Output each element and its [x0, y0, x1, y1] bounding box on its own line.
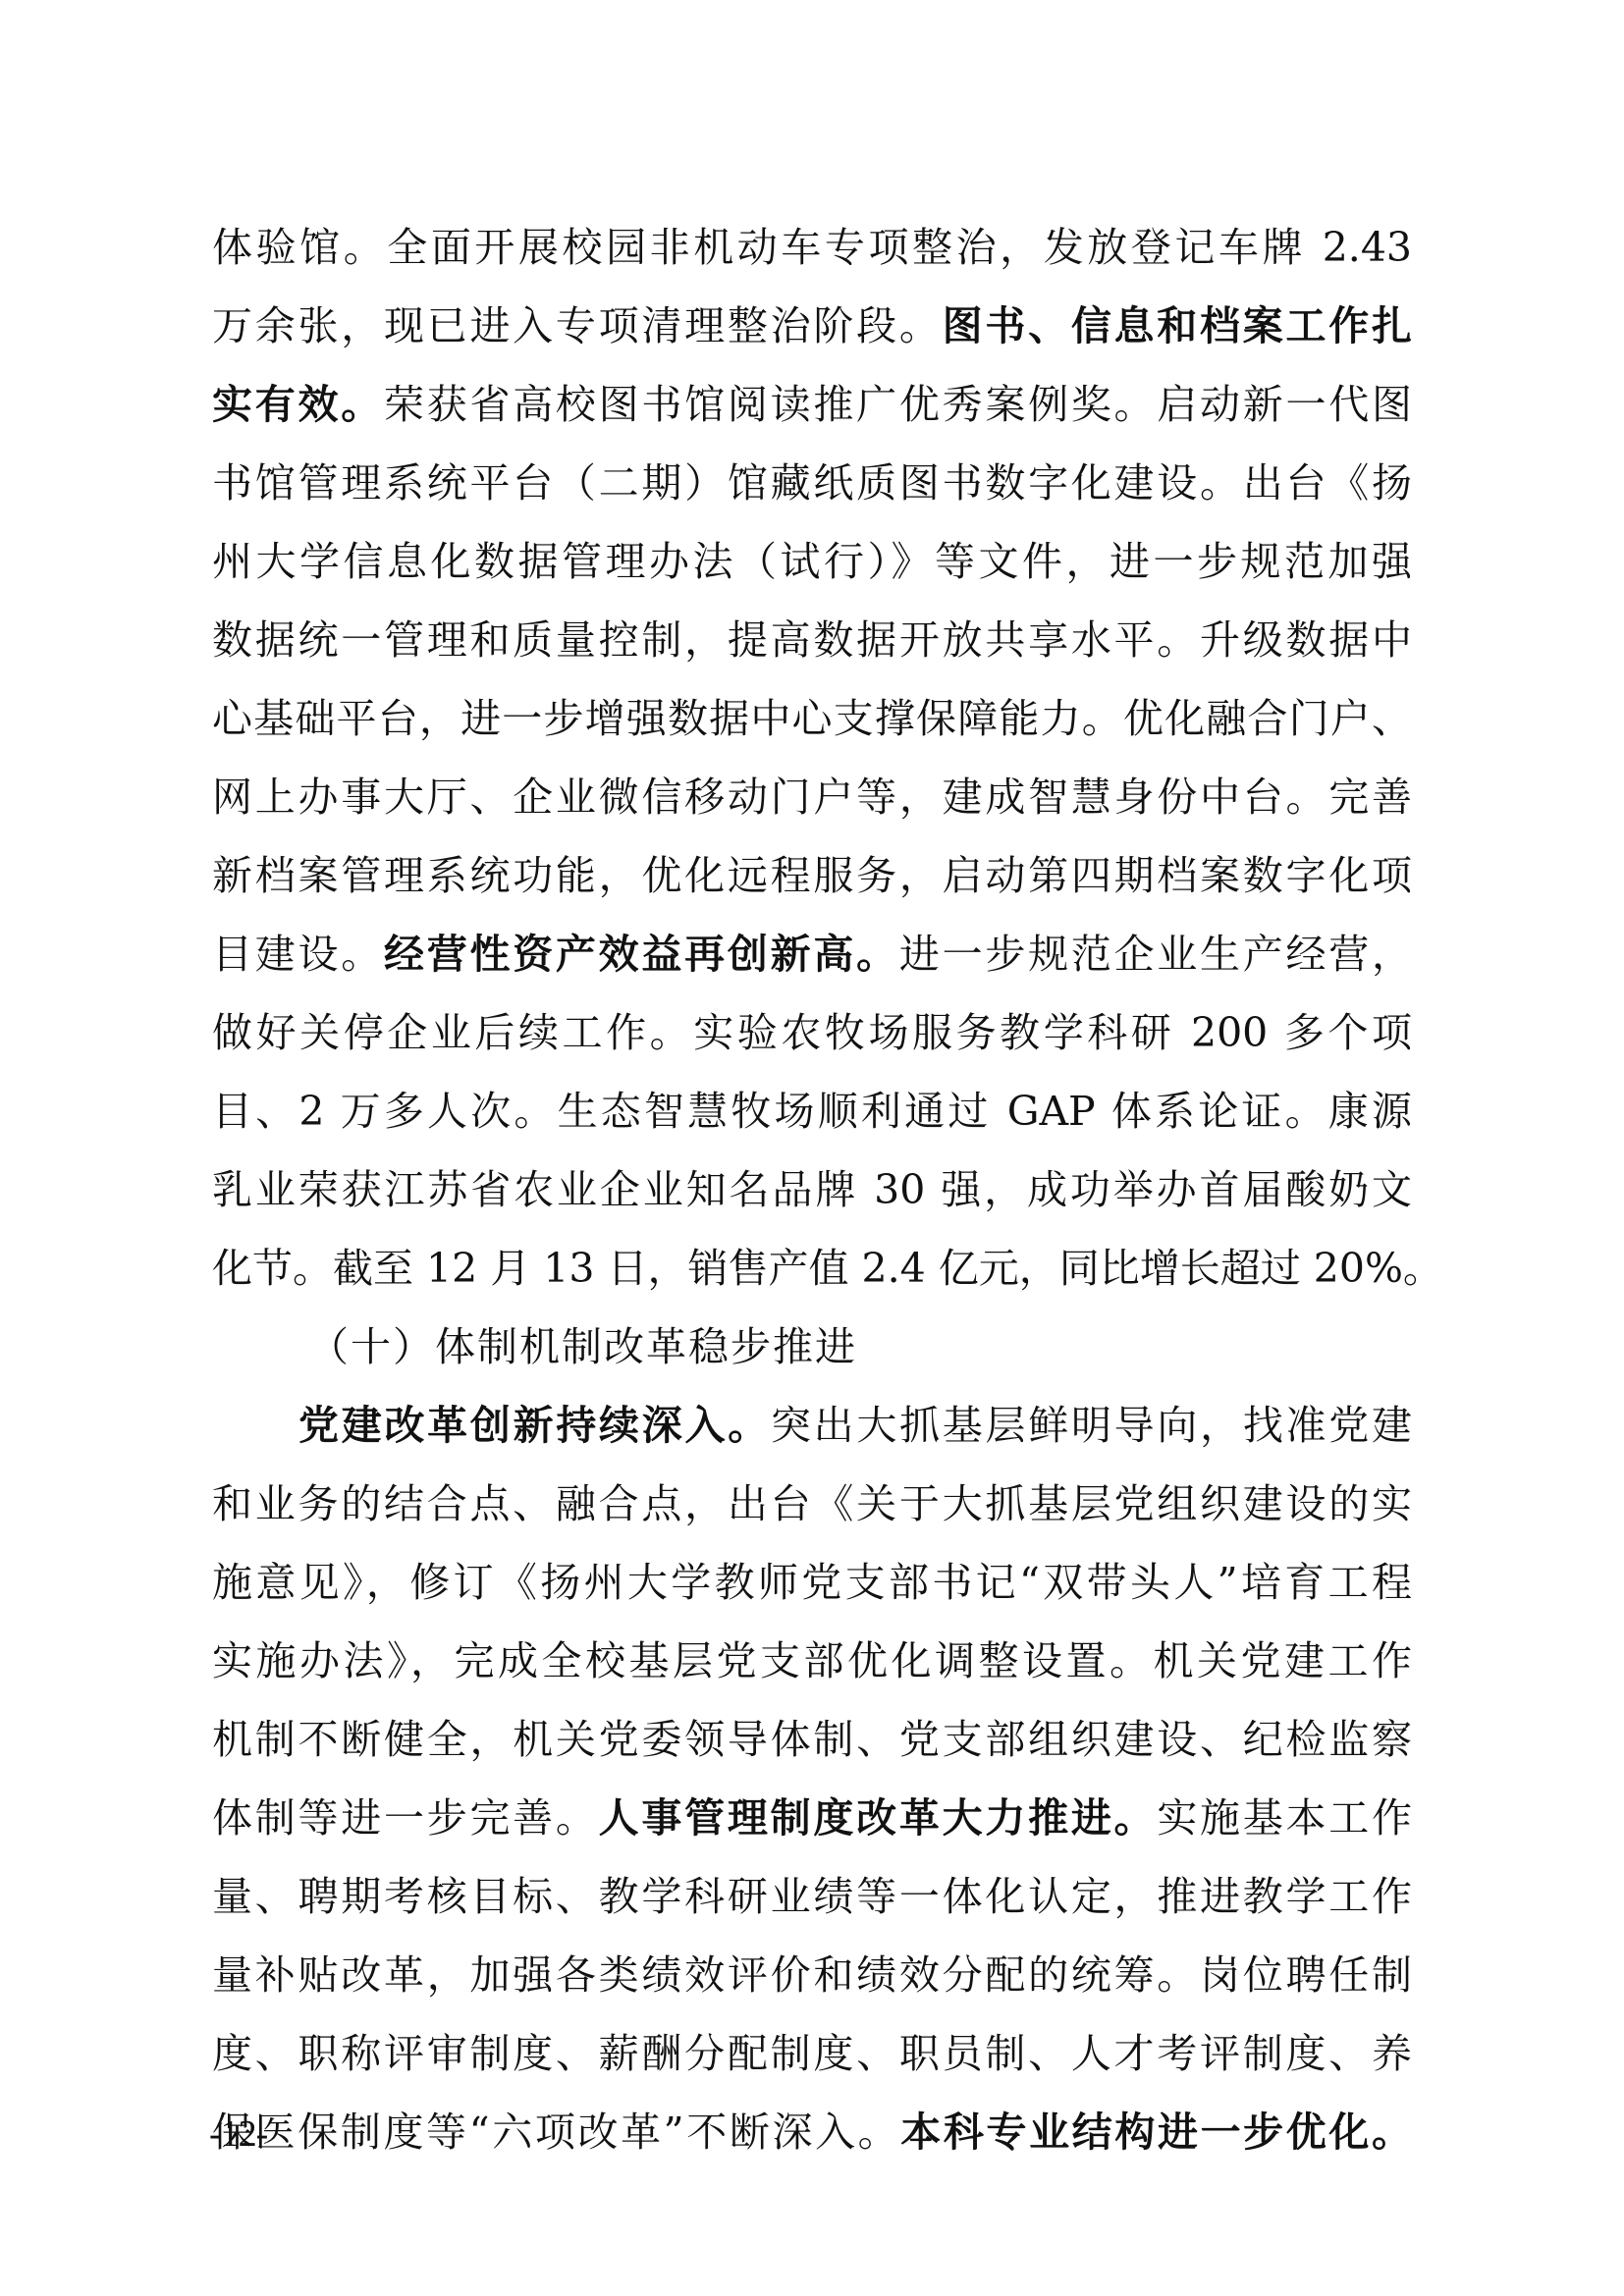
text-line: 保医保制度等“六项改革”不断深入。本科专业结构进一步优化。 — [212, 2103, 1412, 2181]
text-line: 化节。截至 12 月 13 日，销售产值 2.4 亿元，同比增长超过 20%。 — [212, 1239, 1412, 1317]
text-run: 做好关停企业后续工作。实验农牧场服务教学科研 200 多个项 — [212, 1009, 1412, 1056]
body-text: 体验馆。全面开展校园非机动车专项整治，发放登记车牌 2.43 万余张，现已进入专… — [212, 218, 1412, 2181]
text-run: 新档案管理系统功能，优化远程服务，启动第四期档案数字化项 — [212, 852, 1412, 899]
text-run: 乳业荣获江苏省农业企业知名品牌 30 强，成功举办首届酸奶文 — [212, 1166, 1412, 1213]
text-run: 荣获省高校图书馆阅读推广优秀案例奖。启动新一代图 — [384, 381, 1412, 428]
text-run: 目建设。 — [212, 931, 384, 978]
text-run: 心基础平台，进一步增强数据中心支撑保障能力。优化融合门户、 — [212, 695, 1412, 742]
text-line: 数据统一管理和质量控制，提高数据开放共享水平。升级数据中 — [212, 611, 1412, 689]
text-line: 做好关停企业后续工作。实验农牧场服务教学科研 200 多个项 — [212, 1003, 1412, 1082]
text-line: 书馆管理系统平台（二期）馆藏纸质图书数字化建设。出台《扬 — [212, 454, 1412, 532]
bold-topic-personnel-reform: 人事管理制度改革大力推进。 — [599, 1794, 1158, 1842]
bold-topic-library-info-archives-end: 实有效。 — [212, 381, 384, 428]
text-line: 施意见》，修订《扬州大学教师党支部书记“双带头人”培育工程 — [212, 1553, 1412, 1631]
page-number: -12- — [209, 2112, 267, 2156]
text-line: 体制等进一步完善。人事管理制度改革大力推进。实施基本工作 — [212, 1789, 1412, 1867]
text-run: 实施办法》，完成全校基层党支部优化调整设置。机关党建工作 — [212, 1637, 1412, 1684]
document-page: 体验馆。全面开展校园非机动车专项整治，发放登记车牌 2.43 万余张，现已进入专… — [0, 0, 1624, 2296]
text-run: 州大学信息化数据管理办法（试行）》等文件，进一步规范加强 — [212, 538, 1412, 585]
section-heading: （十）体制机制改革稳步推进 — [212, 1317, 1412, 1396]
text-run: 量补贴改革，加强各类绩效评价和绩效分配的统筹。岗位聘任制 — [212, 1951, 1412, 1999]
text-run: 实施基本工作 — [1157, 1794, 1412, 1842]
text-run: 数据统一管理和质量控制，提高数据开放共享水平。升级数据中 — [212, 616, 1412, 664]
heading-text: （十）体制机制改革稳步推进 — [308, 1323, 857, 1370]
text-run: 保医保制度等“六项改革”不断深入。 — [212, 2109, 900, 2156]
text-line: 度、职称评审制度、薪酬分配制度、职员制、人才考评制度、养 — [212, 2024, 1412, 2103]
paragraph-support-services: 体验馆。全面开展校园非机动车专项整治，发放登记车牌 2.43 万余张，现已进入专… — [212, 218, 1412, 1317]
text-line: 机制不断健全，机关党委领导体制、党支部组织建设、纪检监察 — [212, 1710, 1412, 1789]
text-run: 进一步规范企业生产经营， — [899, 931, 1412, 978]
text-line: 网上办事大厅、企业微信移动门户等，建成智慧身份中台。完善 — [212, 768, 1412, 846]
text-line: 新档案管理系统功能，优化远程服务，启动第四期档案数字化项 — [212, 846, 1412, 925]
paragraph-institutional-reform: 党建改革创新持续深入。突出大抓基层鲜明导向，找准党建 和业务的结合点、融合点，出… — [212, 1396, 1412, 2181]
text-line: 实施办法》，完成全校基层党支部优化调整设置。机关党建工作 — [212, 1631, 1412, 1710]
bold-topic-operating-assets: 经营性资产效益再创新高。 — [384, 931, 899, 978]
bold-topic-party-building: 党建改革创新持续深入。 — [298, 1402, 771, 1449]
text-line: 党建改革创新持续深入。突出大抓基层鲜明导向，找准党建 — [212, 1396, 1412, 1474]
text-run: 体制等进一步完善。 — [212, 1794, 599, 1842]
text-line: 万余张，现已进入专项清理整治阶段。图书、信息和档案工作扎 — [212, 296, 1412, 375]
text-run: 万余张，现已进入专项清理整治阶段。 — [212, 302, 943, 349]
text-line: 实有效。荣获省高校图书馆阅读推广优秀案例奖。启动新一代图 — [212, 375, 1412, 454]
text-line: 量补贴改革，加强各类绩效评价和绩效分配的统筹。岗位聘任制 — [212, 1946, 1412, 2024]
text-line: 和业务的结合点、融合点，出台《关于大抓基层党组织建设的实 — [212, 1474, 1412, 1553]
text-line: 目、2 万多人次。生态智慧牧场顺利通过 GAP 体系论证。康源 — [212, 1082, 1412, 1160]
text-run: 突出大抓基层鲜明导向，找准党建 — [771, 1402, 1412, 1449]
text-line: 乳业荣获江苏省农业企业知名品牌 30 强，成功举办首届酸奶文 — [212, 1160, 1412, 1239]
text-run: 目、2 万多人次。生态智慧牧场顺利通过 GAP 体系论证。康源 — [212, 1088, 1412, 1135]
text-run: 和业务的结合点、融合点，出台《关于大抓基层党组织建设的实 — [212, 1480, 1412, 1527]
text-line: 量、聘期考核目标、教学科研业绩等一体化认定，推进教学工作 — [212, 1867, 1412, 1946]
text-line: 体验馆。全面开展校园非机动车专项整治，发放登记车牌 2.43 — [212, 218, 1412, 296]
text-line: 州大学信息化数据管理办法（试行）》等文件，进一步规范加强 — [212, 532, 1412, 611]
text-run: 体验馆。全面开展校园非机动车专项整治，发放登记车牌 2.43 — [212, 224, 1412, 271]
bold-topic-library-info-archives: 图书、信息和档案工作扎 — [943, 302, 1412, 349]
text-run: 化节。截至 12 月 13 日，销售产值 2.4 亿元，同比增长超过 20%。 — [212, 1245, 1443, 1292]
text-run: 网上办事大厅、企业微信移动门户等，建成智慧身份中台。完善 — [212, 774, 1412, 821]
text-run: 施意见》，修订《扬州大学教师党支部书记“双带头人”培育工程 — [212, 1559, 1412, 1606]
text-run: 度、职称评审制度、薪酬分配制度、职员制、人才考评制度、养 — [212, 2030, 1412, 2077]
text-line: 目建设。经营性资产效益再创新高。进一步规范企业生产经营， — [212, 925, 1412, 1003]
text-line: 心基础平台，进一步增强数据中心支撑保障能力。优化融合门户、 — [212, 689, 1412, 768]
bold-topic-undergraduate-majors: 本科专业结构进一步优化。 — [900, 2109, 1412, 2156]
text-run: 书馆管理系统平台（二期）馆藏纸质图书数字化建设。出台《扬 — [212, 459, 1412, 507]
text-run: 量、聘期考核目标、教学科研业绩等一体化认定，推进教学工作 — [212, 1873, 1412, 1920]
text-run: 机制不断健全，机关党委领导体制、党支部组织建设、纪检监察 — [212, 1716, 1412, 1763]
